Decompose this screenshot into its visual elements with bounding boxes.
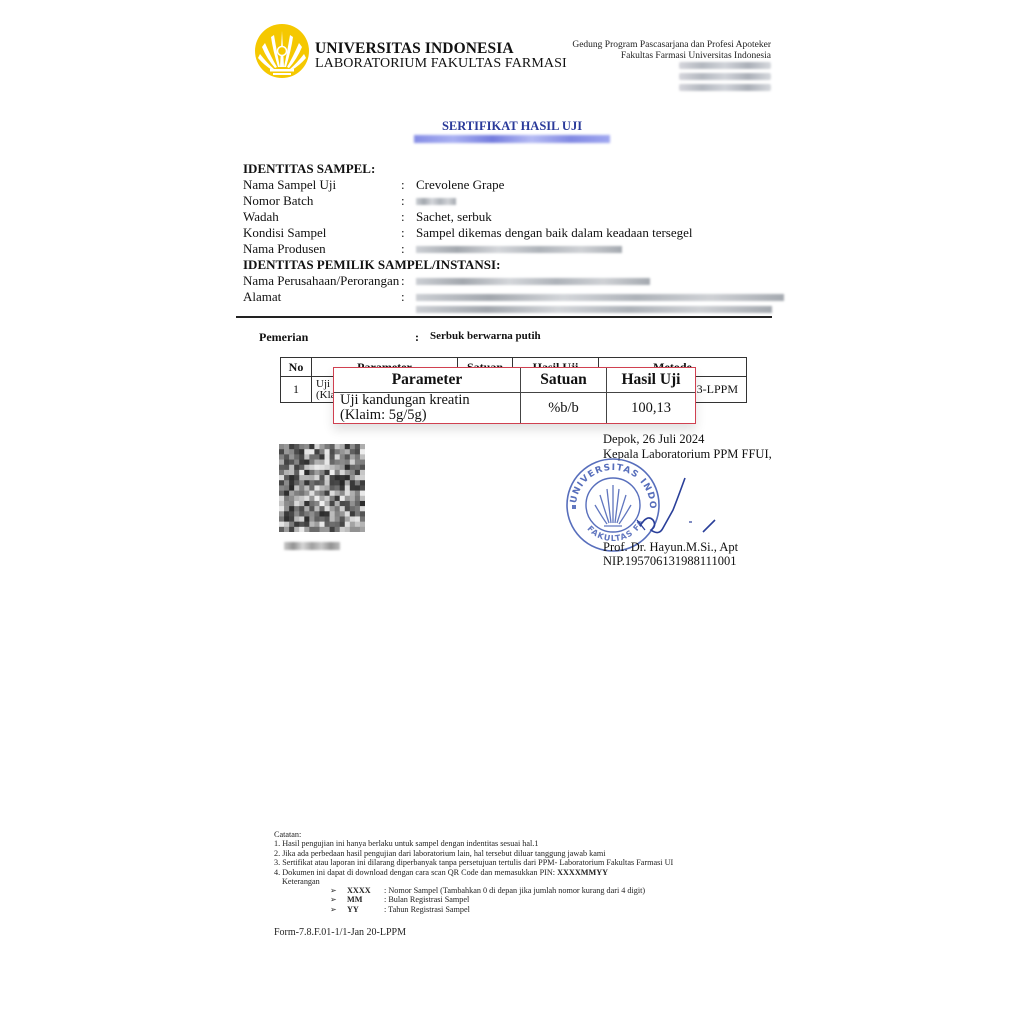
container-label: Wadah (243, 209, 279, 225)
note-item: 1. Hasil pengujian ini hanya berlaku unt… (274, 839, 673, 848)
pin-legend: ➢ XXXX : Nomor Sampel (Tambahkan 0 di de… (274, 886, 694, 914)
qr-caption-redacted (284, 542, 340, 550)
separator: : (401, 209, 405, 225)
zoomed-header-satuan: Satuan (521, 368, 607, 393)
parameter-name: Uji kandungan kreatin (340, 393, 520, 408)
sample-name-label: Nama Sampel Uji (243, 177, 336, 193)
legend-code: XXXX (347, 886, 371, 895)
arrow-bullet-icon: ➢ (330, 886, 337, 895)
zoomed-table-row: Uji kandungan kreatin (Klaim: 5g/5g) %b/… (334, 393, 695, 424)
arrow-bullet-icon: ➢ (330, 905, 337, 914)
institution-address: Gedung Program Pascasarjana dan Profesi … (572, 40, 771, 95)
parameter-claim: (Klaim: 5g/5g) (340, 408, 520, 423)
signer-nip: NIP.195706131988111001 (603, 554, 736, 569)
producer-redacted (416, 246, 622, 253)
address-label: Alamat (243, 289, 281, 305)
separator: : (401, 225, 405, 241)
laboratory-name: LABORATORIUM FAKULTAS FARMASI (315, 56, 567, 72)
address-redacted-line-1 (416, 294, 784, 301)
legend-desc: : Bulan Registrasi Sampel (384, 895, 469, 904)
notes-heading: Catatan: (274, 830, 673, 839)
container-value: Sachet, serbuk (416, 209, 492, 225)
cell-no: 1 (281, 377, 312, 403)
certificate-title: SERTIFIKAT HASIL UJI (0, 119, 1024, 134)
zoomed-results-overlay: Parameter Satuan Hasil Uji Uji kandungan… (333, 367, 696, 424)
separator: : (415, 330, 419, 345)
sample-condition-label: Kondisi Sampel (243, 225, 326, 241)
zoomed-header-row: Parameter Satuan Hasil Uji (334, 368, 695, 393)
address-redacted-line-2 (416, 306, 772, 313)
address-line: Fakultas Farmasi Universitas Indonesia (572, 51, 771, 62)
notes-section: Catatan: 1. Hasil pengujian ini hanya be… (274, 830, 673, 886)
sample-name-value: Crevolene Grape (416, 177, 504, 193)
sample-identity-heading: IDENTITAS SAMPEL: (243, 161, 375, 177)
zoomed-cell-satuan: %b/b (521, 393, 607, 424)
zoomed-cell-parameter: Uji kandungan kreatin (Klaim: 5g/5g) (334, 393, 521, 424)
legend-desc: : Nomor Sampel (Tambahkan 0 di depan jik… (384, 886, 645, 895)
separator: : (401, 273, 405, 289)
producer-label: Nama Produsen (243, 241, 326, 257)
certificate-number-redacted (414, 135, 610, 143)
section-divider (236, 316, 772, 318)
owner-identity-heading: IDENTITAS PEMILIK SAMPEL/INSTANSI: (243, 257, 500, 273)
zoomed-header-parameter: Parameter (334, 368, 521, 393)
pin-format: XXXXMMYY (557, 868, 608, 877)
legend-row: ➢ MM : Bulan Registrasi Sampel (274, 895, 694, 904)
address-redacted-line (572, 84, 771, 95)
university-logo-icon (253, 23, 311, 79)
legend-desc: : Tahun Registrasi Sampel (384, 905, 470, 914)
signature-scribble (615, 470, 725, 550)
form-code: Form-7.8.F.01-1/1-Jan 20-LPPM (274, 927, 406, 938)
signer-name: Prof. Dr. Hayun.M.Si., Apt (603, 540, 738, 555)
description-label: Pemerian (259, 330, 308, 345)
zoomed-header-hasil: Hasil Uji (607, 368, 696, 393)
separator: : (401, 193, 405, 209)
company-name-label: Nama Perusahaan/Perorangan (243, 273, 399, 289)
sample-condition-value: Sampel dikemas dengan baik dalam keadaan… (416, 225, 693, 241)
batch-number-redacted (416, 198, 456, 205)
note-item: 4. Dokumen ini dapat di download dengan … (274, 868, 673, 877)
legend-code: MM (347, 895, 362, 904)
separator: : (401, 289, 405, 305)
note-item: 3. Sertifikat atau laporan ini dilarang … (274, 858, 673, 867)
address-line: Gedung Program Pascasarjana dan Profesi … (572, 40, 771, 51)
legend-code: YY (347, 905, 359, 914)
batch-number-label: Nomor Batch (243, 193, 313, 209)
separator: : (401, 177, 405, 193)
zoomed-results-table: Parameter Satuan Hasil Uji Uji kandungan… (334, 368, 695, 423)
legend-row: ➢ YY : Tahun Registrasi Sampel (274, 905, 694, 914)
note-item-text: 4. Dokumen ini dapat di download dengan … (274, 868, 557, 877)
description-value: Serbuk berwarna putih (430, 330, 541, 342)
arrow-bullet-icon: ➢ (330, 895, 337, 904)
qr-code-icon (279, 444, 365, 532)
column-header-no: No (281, 358, 312, 377)
separator: : (401, 241, 405, 257)
company-name-redacted (416, 278, 650, 285)
note-item: 2. Jika ada perbedaan hasil pengujian da… (274, 849, 673, 858)
signing-place-date: Depok, 26 Juli 2024 (603, 432, 704, 447)
address-redacted-line (572, 73, 771, 84)
legend-row: ➢ XXXX : Nomor Sampel (Tambahkan 0 di de… (274, 886, 694, 895)
address-redacted-line (572, 62, 771, 73)
zoomed-cell-hasil: 100,13 (607, 393, 696, 424)
